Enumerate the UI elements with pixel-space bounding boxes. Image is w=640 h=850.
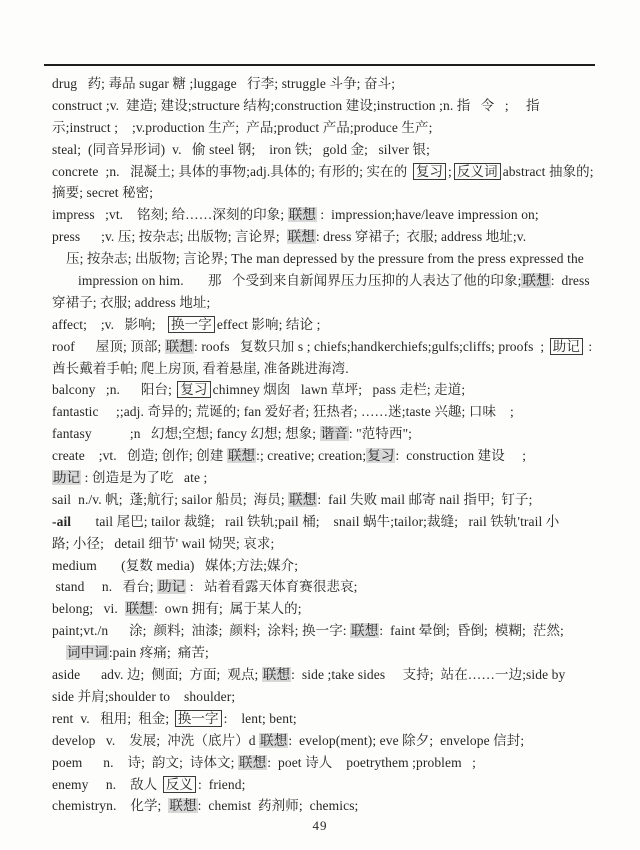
text-line: 穿裙子; 衣服; address 地址; xyxy=(52,292,596,314)
text-line: rent v. 租用; 租金; 换一字: lent; bent; xyxy=(52,708,596,730)
text-segment: press ;v. 压; 按杂志; 出版物; 言论界; xyxy=(52,229,287,244)
text-line: -ail tail 尾巴; tailor 裁缝; rail 铁轨;pail 桶;… xyxy=(52,511,596,533)
highlighted-term: 联想 xyxy=(287,229,316,244)
text-line: fantasy ;n 幻想;空想; fancy 幻想; 想象; 谐音: "范特西… xyxy=(52,423,596,445)
highlighted-term: 谐音 xyxy=(320,426,349,441)
text-segment: balcony ;n. 阳台; xyxy=(52,382,175,397)
text-segment: impression on him. 那 个受到来自新闻界压力压抑的人表达了他的… xyxy=(78,273,521,288)
text-line: affect; ;v. 影响; 换一字effect 影响; 结论 ; xyxy=(52,314,596,336)
text-segment: construct ;v. 建造; 建设;structure 结构;constr… xyxy=(52,98,540,113)
text-segment: chemistryn. 化学; xyxy=(52,798,168,813)
text-segment: enemy n. 敌人 xyxy=(52,777,161,792)
boxed-term: 反义词 xyxy=(454,163,501,180)
document-lines: drug 药; 毒品 sugar 糖 ;luggage 行李; struggle… xyxy=(0,66,640,817)
text-line: sail n./v. 帆; 蓬;航行; sailor 船员; 海员; 联想: f… xyxy=(52,489,596,511)
text-line: 路; 小径; detail 细节' wail 恸哭; 哀求; xyxy=(52,533,596,555)
text-line: stand n. 看台; 助记 : 站着看露天体育赛很悲哀; xyxy=(52,576,596,598)
highlighted-term: 复习 xyxy=(366,448,395,463)
text-line: roof 屋顶; 顶部; 联想: roofs 复数只加 s ; chiefs;h… xyxy=(52,336,596,358)
text-segment: abstract 抽象的; ;n. xyxy=(503,164,596,179)
text-segment: fantastic ;;adj. 奇异的; 荒诞的; fan 爱好者; 狂热者;… xyxy=(52,404,514,419)
highlighted-term: 联想 xyxy=(168,798,197,813)
highlighted-term: 联想 xyxy=(227,448,256,463)
text-segment: : chemist 药剂师; chemics; xyxy=(198,798,359,813)
text-segment: poem n. 诗; 韵文; 诗体文; xyxy=(52,755,238,770)
text-segment: concrete ;n. 混凝土; 具体的事物;adj.具体的; 有形的; 实在… xyxy=(52,164,411,179)
text-segment: develop v. 发展; 冲洗（底片）d xyxy=(52,733,259,748)
text-segment: tail 尾巴; tailor 裁缝; rail 铁轨;pail 桶; snai… xyxy=(71,514,559,529)
text-segment: : lent; bent; xyxy=(224,711,297,726)
highlighted-term: 联想 xyxy=(521,273,550,288)
text-line: enemy n. 敌人 反义: friend; xyxy=(52,774,596,796)
text-segment: : 创造是为了吃 ate ; xyxy=(81,470,207,485)
bold-term: -ail xyxy=(52,514,71,529)
text-segment: side 并肩;shoulder to shoulder; xyxy=(52,689,235,704)
text-line: 摘要; secret 秘密; xyxy=(52,182,596,204)
text-segment: : 站着看露天体育赛很悲哀; xyxy=(186,579,357,594)
text-line: construct ;v. 建造; 建设;structure 结构;constr… xyxy=(52,95,596,117)
text-line: create ;vt. 创造; 创作; 创建 联想:; creative; cr… xyxy=(52,445,596,467)
boxed-term: 复习 xyxy=(413,163,446,180)
text-line: 压; 按杂志; 出版物; 言论界; The man depressed by t… xyxy=(52,248,596,270)
text-segment: create ;vt. 创造; 创作; 创建 xyxy=(52,448,227,463)
highlighted-term: 联想 xyxy=(259,733,288,748)
boxed-term: 复习 xyxy=(177,381,210,398)
text-segment: rent v. 租用; 租金; xyxy=(52,711,173,726)
text-segment: : own 拥有; 属于某人的; xyxy=(154,601,302,616)
text-line: steal; (同音异形词) v. 偷 steel 钢; iron 铁; gol… xyxy=(52,139,596,161)
text-line: 示;instruct ; ;v.production 生产; 产品;produc… xyxy=(52,117,596,139)
text-line: poem n. 诗; 韵文; 诗体文; 联想: poet 诗人 poetryth… xyxy=(52,752,596,774)
text-line: 词中词:pain 疼痛; 痛苦; xyxy=(52,642,596,664)
highlighted-term: 联想 xyxy=(288,492,317,507)
text-line: 酋长戴着手帕; 爬上房顶, 看着悬崖, 准备跳进海湾. xyxy=(52,358,596,380)
text-line: drug 药; 毒品 sugar 糖 ;luggage 行李; struggle… xyxy=(52,73,596,95)
text-segment: : "范特西"; xyxy=(349,426,412,441)
text-segment: : dress 穿裙子; 衣服; address 地址;v. xyxy=(316,229,526,244)
text-segment: : roofs 复数只加 s ; chiefs;handkerchiefs;gu… xyxy=(194,339,548,354)
highlighted-term: 词中词 xyxy=(66,645,109,660)
highlighted-term: 联想 xyxy=(125,601,154,616)
text-segment: ; xyxy=(448,164,452,179)
boxed-term: 换一字 xyxy=(168,316,215,333)
text-segment: effect 影响; 结论 ; xyxy=(217,317,321,332)
text-segment: : evelop(ment); eve 除夕; envelope 信封; xyxy=(288,733,524,748)
text-segment: 路; 小径; detail 细节' wail 恸哭; 哀求; xyxy=(52,536,274,551)
page-number: 49 xyxy=(0,818,640,834)
highlighted-term: 联想 xyxy=(165,339,194,354)
text-segment: : fail 失败 mail 邮寄 nail 指甲; 钉子; xyxy=(317,492,532,507)
text-line: press ;v. 压; 按杂志; 出版物; 言论界; 联想: dress 穿裙… xyxy=(52,226,596,248)
boxed-term: 助记 xyxy=(550,338,583,355)
text-line: belong; vi. 联想: own 拥有; 属于某人的; xyxy=(52,598,596,620)
text-segment: : xyxy=(585,339,592,354)
text-segment: : side ;take sides 支持; 站在……一边;side by xyxy=(291,667,565,682)
boxed-term: 反义 xyxy=(163,776,196,793)
text-segment: paint;vt./n 涂; 颜料; 油漆; 颜料; 涂料; 换一字: xyxy=(52,623,350,638)
highlighted-term: 联想 xyxy=(288,207,317,222)
text-segment: 穿裙子; 衣服; address 地址; xyxy=(52,295,210,310)
text-segment: 压; 按杂志; 出版物; 言论界; The man depressed by t… xyxy=(66,251,584,266)
text-segment: stand n. 看台; xyxy=(52,579,157,594)
text-segment: : dress xyxy=(551,273,590,288)
text-line: impression on him. 那 个受到来自新闻界压力压抑的人表达了他的… xyxy=(52,270,596,292)
text-segment: :pain 疼痛; 痛苦; xyxy=(109,645,209,660)
text-segment: : impression;have/leave impression on; xyxy=(317,207,539,222)
highlighted-term: 助记 xyxy=(52,470,81,485)
highlighted-term: 助记 xyxy=(157,579,186,594)
text-segment: : construction 建设 ; xyxy=(395,448,526,463)
text-segment: roof 屋顶; 顶部; xyxy=(52,339,165,354)
text-segment: 示;instruct ; ;v.production 生产; 产品;produc… xyxy=(52,120,432,135)
text-line: side 并肩;shoulder to shoulder; xyxy=(52,686,596,708)
highlighted-term: 联想 xyxy=(238,755,267,770)
text-line: paint;vt./n 涂; 颜料; 油漆; 颜料; 涂料; 换一字: 联想: … xyxy=(52,620,596,642)
text-segment: medium (复数 media) 媒体;方法;媒介; xyxy=(52,558,298,573)
text-segment: belong; vi. xyxy=(52,601,125,616)
text-line: develop v. 发展; 冲洗（底片）d 联想: evelop(ment);… xyxy=(52,730,596,752)
text-segment: chimney 烟囱 lawn 草坪; pass 走栏; 走道; xyxy=(213,382,466,397)
text-segment: affect; ;v. 影响; xyxy=(52,317,166,332)
text-line: concrete ;n. 混凝土; 具体的事物;adj.具体的; 有形的; 实在… xyxy=(52,161,596,183)
text-segment: : poet 诗人 poetrythem ;problem ; xyxy=(267,755,476,770)
boxed-term: 换一字 xyxy=(175,710,222,727)
text-line: chemistryn. 化学; 联想: chemist 药剂师; chemics… xyxy=(52,795,596,817)
text-segment: :; creative; creation; xyxy=(256,448,366,463)
text-segment: 摘要; secret 秘密; xyxy=(52,185,153,200)
text-segment: drug 药; 毒品 sugar 糖 ;luggage 行李; struggle… xyxy=(52,76,395,91)
document-page: drug 药; 毒品 sugar 糖 ;luggage 行李; struggle… xyxy=(0,0,640,850)
text-line: medium (复数 media) 媒体;方法;媒介; xyxy=(52,555,596,577)
text-line: 助记 : 创造是为了吃 ate ; xyxy=(52,467,596,489)
text-line: fantastic ;;adj. 奇异的; 荒诞的; fan 爱好者; 狂热者;… xyxy=(52,401,596,423)
text-line: balcony ;n. 阳台; 复习chimney 烟囱 lawn 草坪; pa… xyxy=(52,379,596,401)
text-segment: steal; (同音异形词) v. 偷 steel 钢; iron 铁; gol… xyxy=(52,142,430,157)
text-segment: aside adv. 边; 侧面; 方面; 观点; xyxy=(52,667,262,682)
text-segment: fantasy ;n 幻想;空想; fancy 幻想; 想象; xyxy=(52,426,320,441)
text-segment: : faint 晕倒; 昏倒; 模糊; 茫然; xyxy=(379,623,564,638)
highlighted-term: 联想 xyxy=(350,623,379,638)
text-line: aside adv. 边; 侧面; 方面; 观点; 联想: side ;take… xyxy=(52,664,596,686)
text-segment: sail n./v. 帆; 蓬;航行; sailor 船员; 海员; xyxy=(52,492,288,507)
text-line: impress ;vt. 铭刻; 给……深刻的印象; 联想 : impressi… xyxy=(52,204,596,226)
text-segment: impress ;vt. 铭刻; 给……深刻的印象; xyxy=(52,207,288,222)
text-segment: 酋长戴着手帕; 爬上房顶, 看着悬崖, 准备跳进海湾. xyxy=(52,361,349,376)
text-segment: : friend; xyxy=(198,777,246,792)
highlighted-term: 联想 xyxy=(262,667,291,682)
